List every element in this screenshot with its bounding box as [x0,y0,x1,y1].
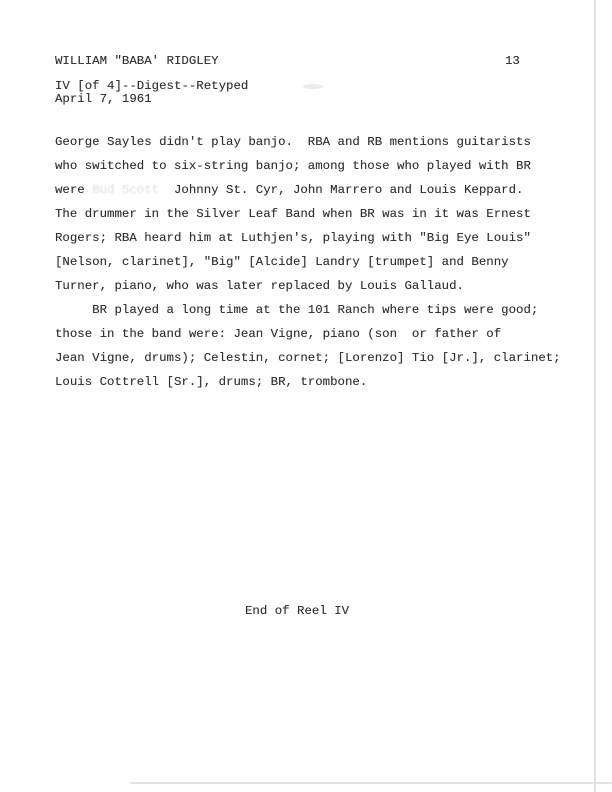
document-title: WILLIAM "BABA' RIDGLEY [55,55,219,68]
text-line: Louis Cottrell [Sr.], drums; BR, trombon… [55,370,565,394]
scan-smudge [303,84,323,89]
erased-text: Bud Scott [92,183,159,197]
text-segment: were [55,183,92,197]
scan-edge-right [594,0,596,792]
page-number: 13 [505,55,520,68]
text-line: who switched to six-string banjo; among … [55,154,565,178]
text-line: Turner, piano, who was later replaced by… [55,274,565,298]
scan-edge-bottom [130,782,612,784]
text-line: Jean Vigne, drums); Celestin, cornet; [L… [55,346,565,370]
text-line: were Bud Scott Johnny St. Cyr, John Marr… [55,178,565,202]
text-line: those in the band were: Jean Vigne, pian… [55,322,565,346]
text-segment: Johnny St. Cyr, John Marrero and Louis K… [159,183,523,197]
document-subtitle-date: April 7, 1961 [55,93,152,106]
text-line: Rogers; RBA heard him at Luthjen's, play… [55,226,565,250]
document-page: WILLIAM "BABA' RIDGLEY 13 IV [of 4]--Dig… [0,0,612,792]
text-line: The drummer in the Silver Leaf Band when… [55,202,565,226]
text-line: BR played a long time at the 101 Ranch w… [55,298,565,322]
text-line: [Nelson, clarinet], "Big" [Alcide] Landr… [55,250,565,274]
document-body: George Sayles didn't play banjo. RBA and… [55,130,565,394]
text-line: George Sayles didn't play banjo. RBA and… [55,130,565,154]
end-of-reel-note: End of Reel IV [245,605,349,618]
